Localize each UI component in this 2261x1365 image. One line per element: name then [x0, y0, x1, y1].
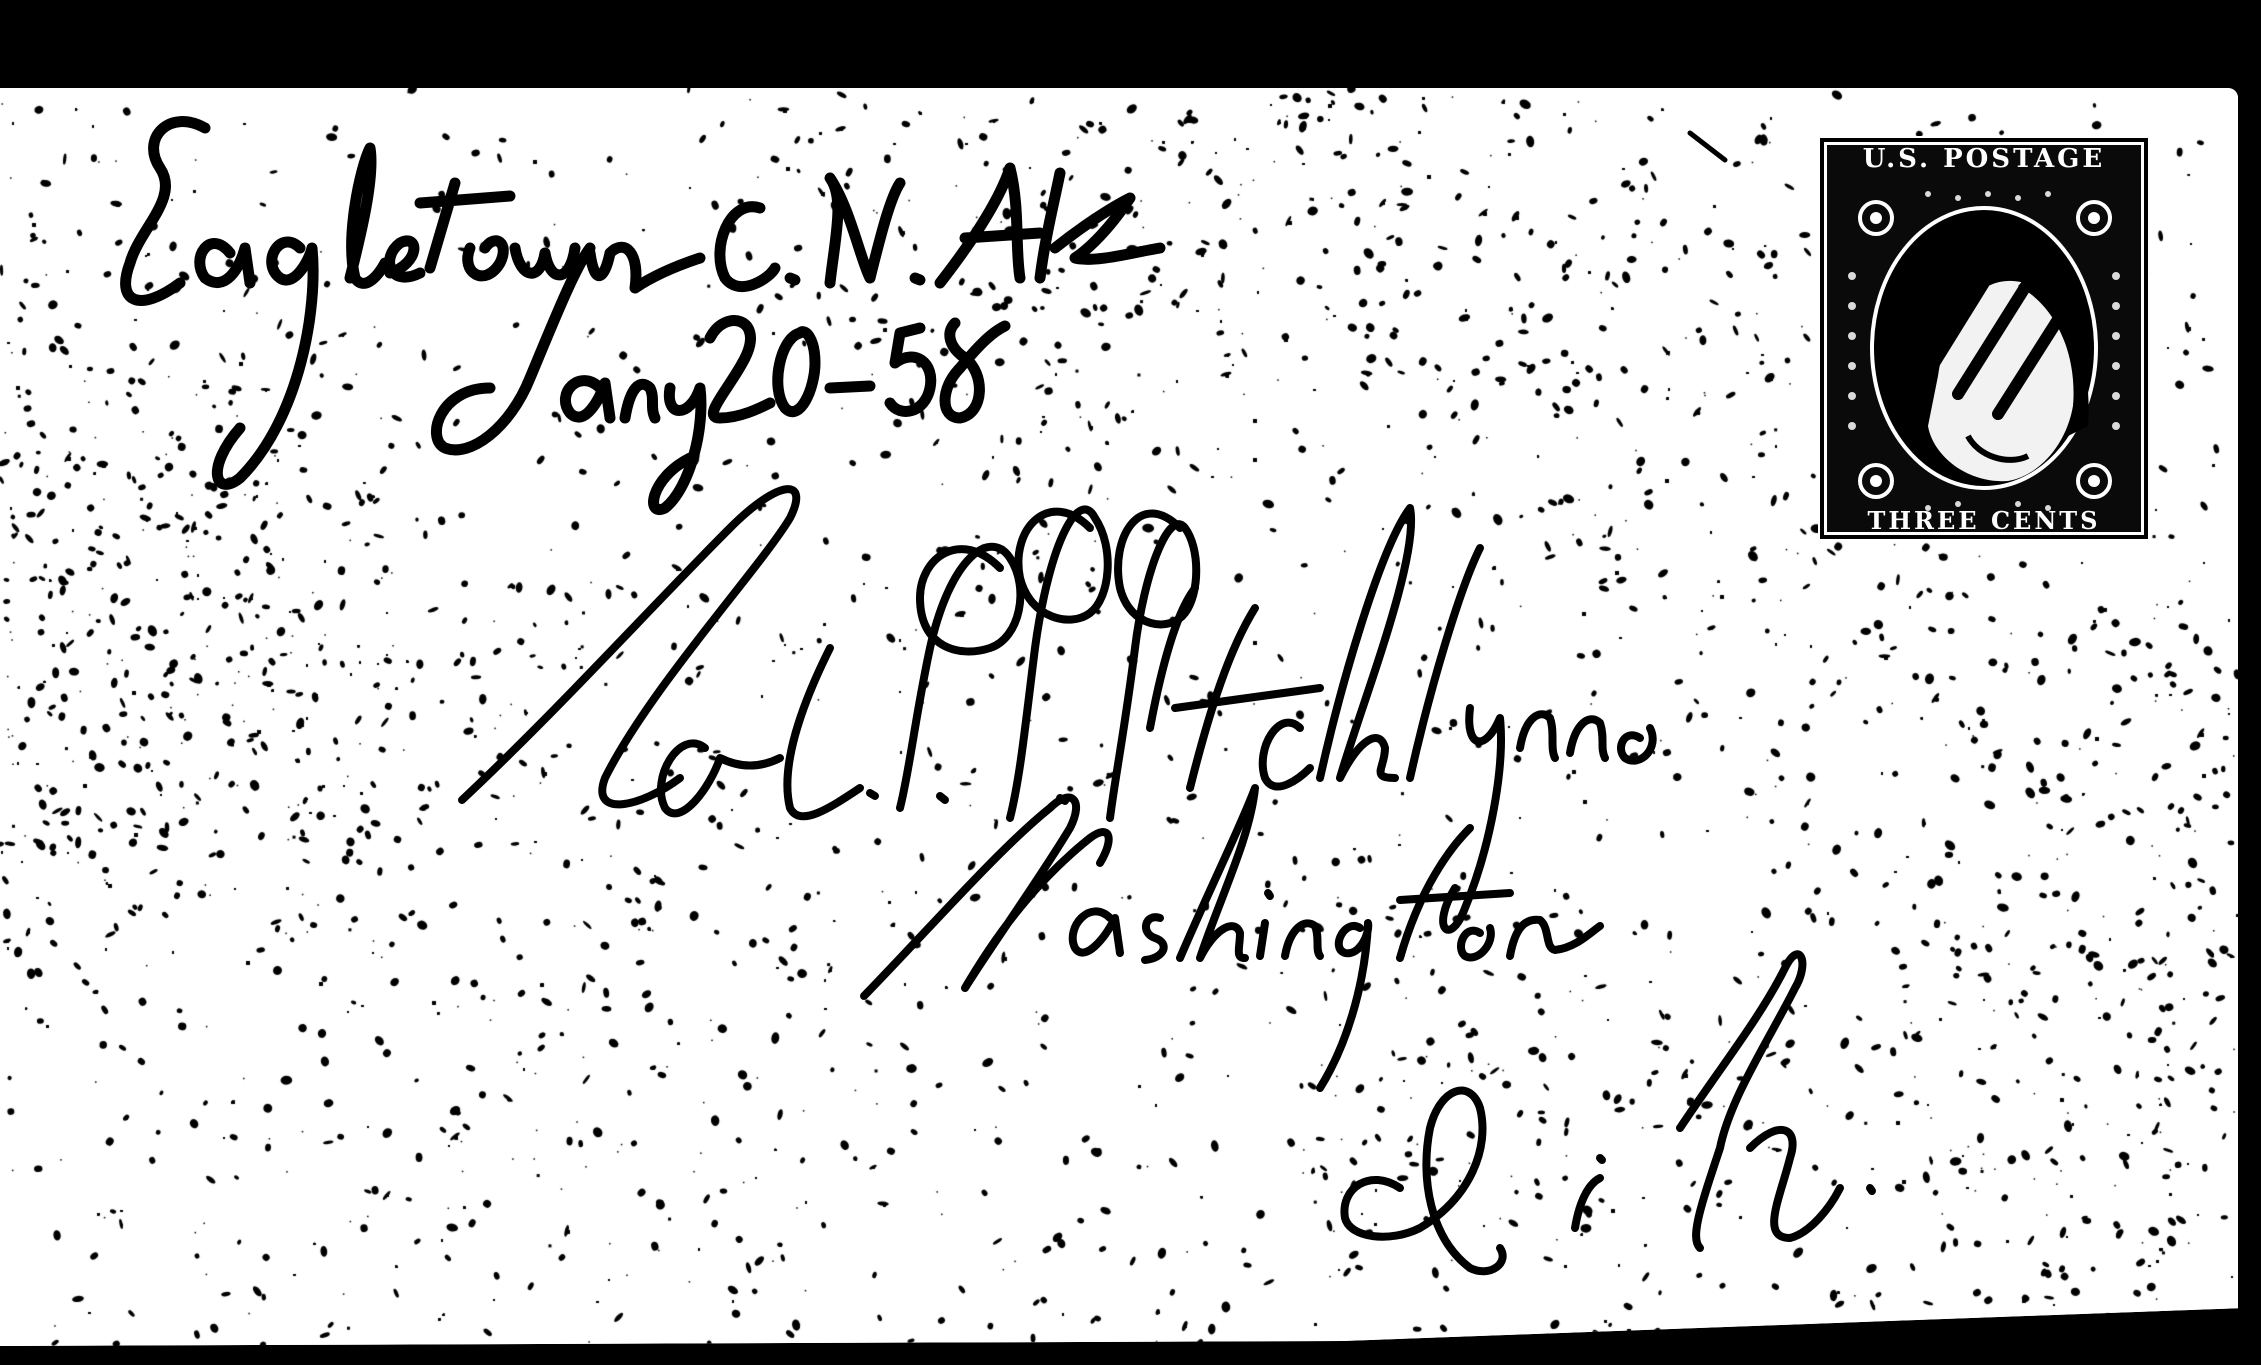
ink-mark — [1690, 133, 1725, 160]
handwriting-return-date — [436, 248, 1005, 510]
stamp-top-label: U.S. POSTAGE — [1818, 144, 2150, 174]
handwriting-addressee-district — [1344, 954, 1872, 1271]
scan-background: Eagletown C. N. Ark Jany 20 - 58 Col. P.… — [0, 0, 2261, 1365]
portrait-medallion-icon — [1818, 136, 2150, 541]
postage-stamp: U.S. POSTAGE THREE CENTS — [1818, 136, 2150, 541]
handwriting-return-place — [126, 122, 1160, 485]
stamp-bottom-label: THREE CENTS — [1818, 506, 2150, 535]
envelope: Eagletown C. N. Ark Jany 20 - 58 Col. P.… — [0, 88, 2238, 1346]
